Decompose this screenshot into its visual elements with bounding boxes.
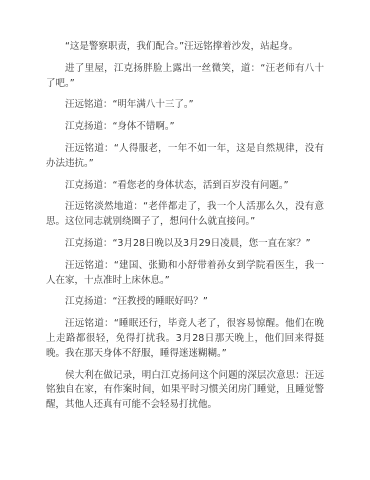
paragraph: 汪远铭道：“明年满八十三了。” xyxy=(46,98,324,113)
paragraph: 江克扬道：“3月28日晚以及3月29日凌晨，您一直在家？” xyxy=(46,237,324,252)
paragraph: “这是警察职责，我们配合。”汪远铭撑着沙发，站起身。 xyxy=(46,40,324,55)
paragraph: 汪远铭道：“睡眠还行，毕竟人老了，很容易惊醒。他们在晚上走路都很轻，免得打扰我。… xyxy=(46,317,324,361)
paragraph: 江克扬道：“看您老的身体状态，活到百岁没有问题。” xyxy=(46,179,324,194)
paragraph: 汪远铭淡然地道：“老伴都走了，我一个人活那么久，没有意思。这位同志就别绕圈子了，… xyxy=(46,200,324,230)
paragraph: 汪远铭道：“人得服老，一年不如一年，这是自然规律，没有办法违抗。” xyxy=(46,142,324,172)
paragraph: 江克扬道：“汪教授的睡眠好吗？” xyxy=(46,295,324,310)
paragraph: 汪远铭道：“建国、张勤和小舒带着孙女到学院看医生，我一人在家，十点准时上床休息。… xyxy=(46,259,324,289)
paragraph: 侯大利在做记录，明白江克扬问这个问题的深层次意思：汪远铭独自在家，有作案时间，如… xyxy=(46,369,324,413)
reader-page: “这是警察职责，我们配合。”汪远铭撑着沙发，站起身。 进了里屋，江克扬胖脸上露出… xyxy=(0,0,370,480)
paragraph: 进了里屋，江克扬胖脸上露出一丝微笑，道：“汪老师有八十了吧。” xyxy=(46,62,324,92)
paragraph: 江克扬道：“身体不错啊。” xyxy=(46,120,324,135)
